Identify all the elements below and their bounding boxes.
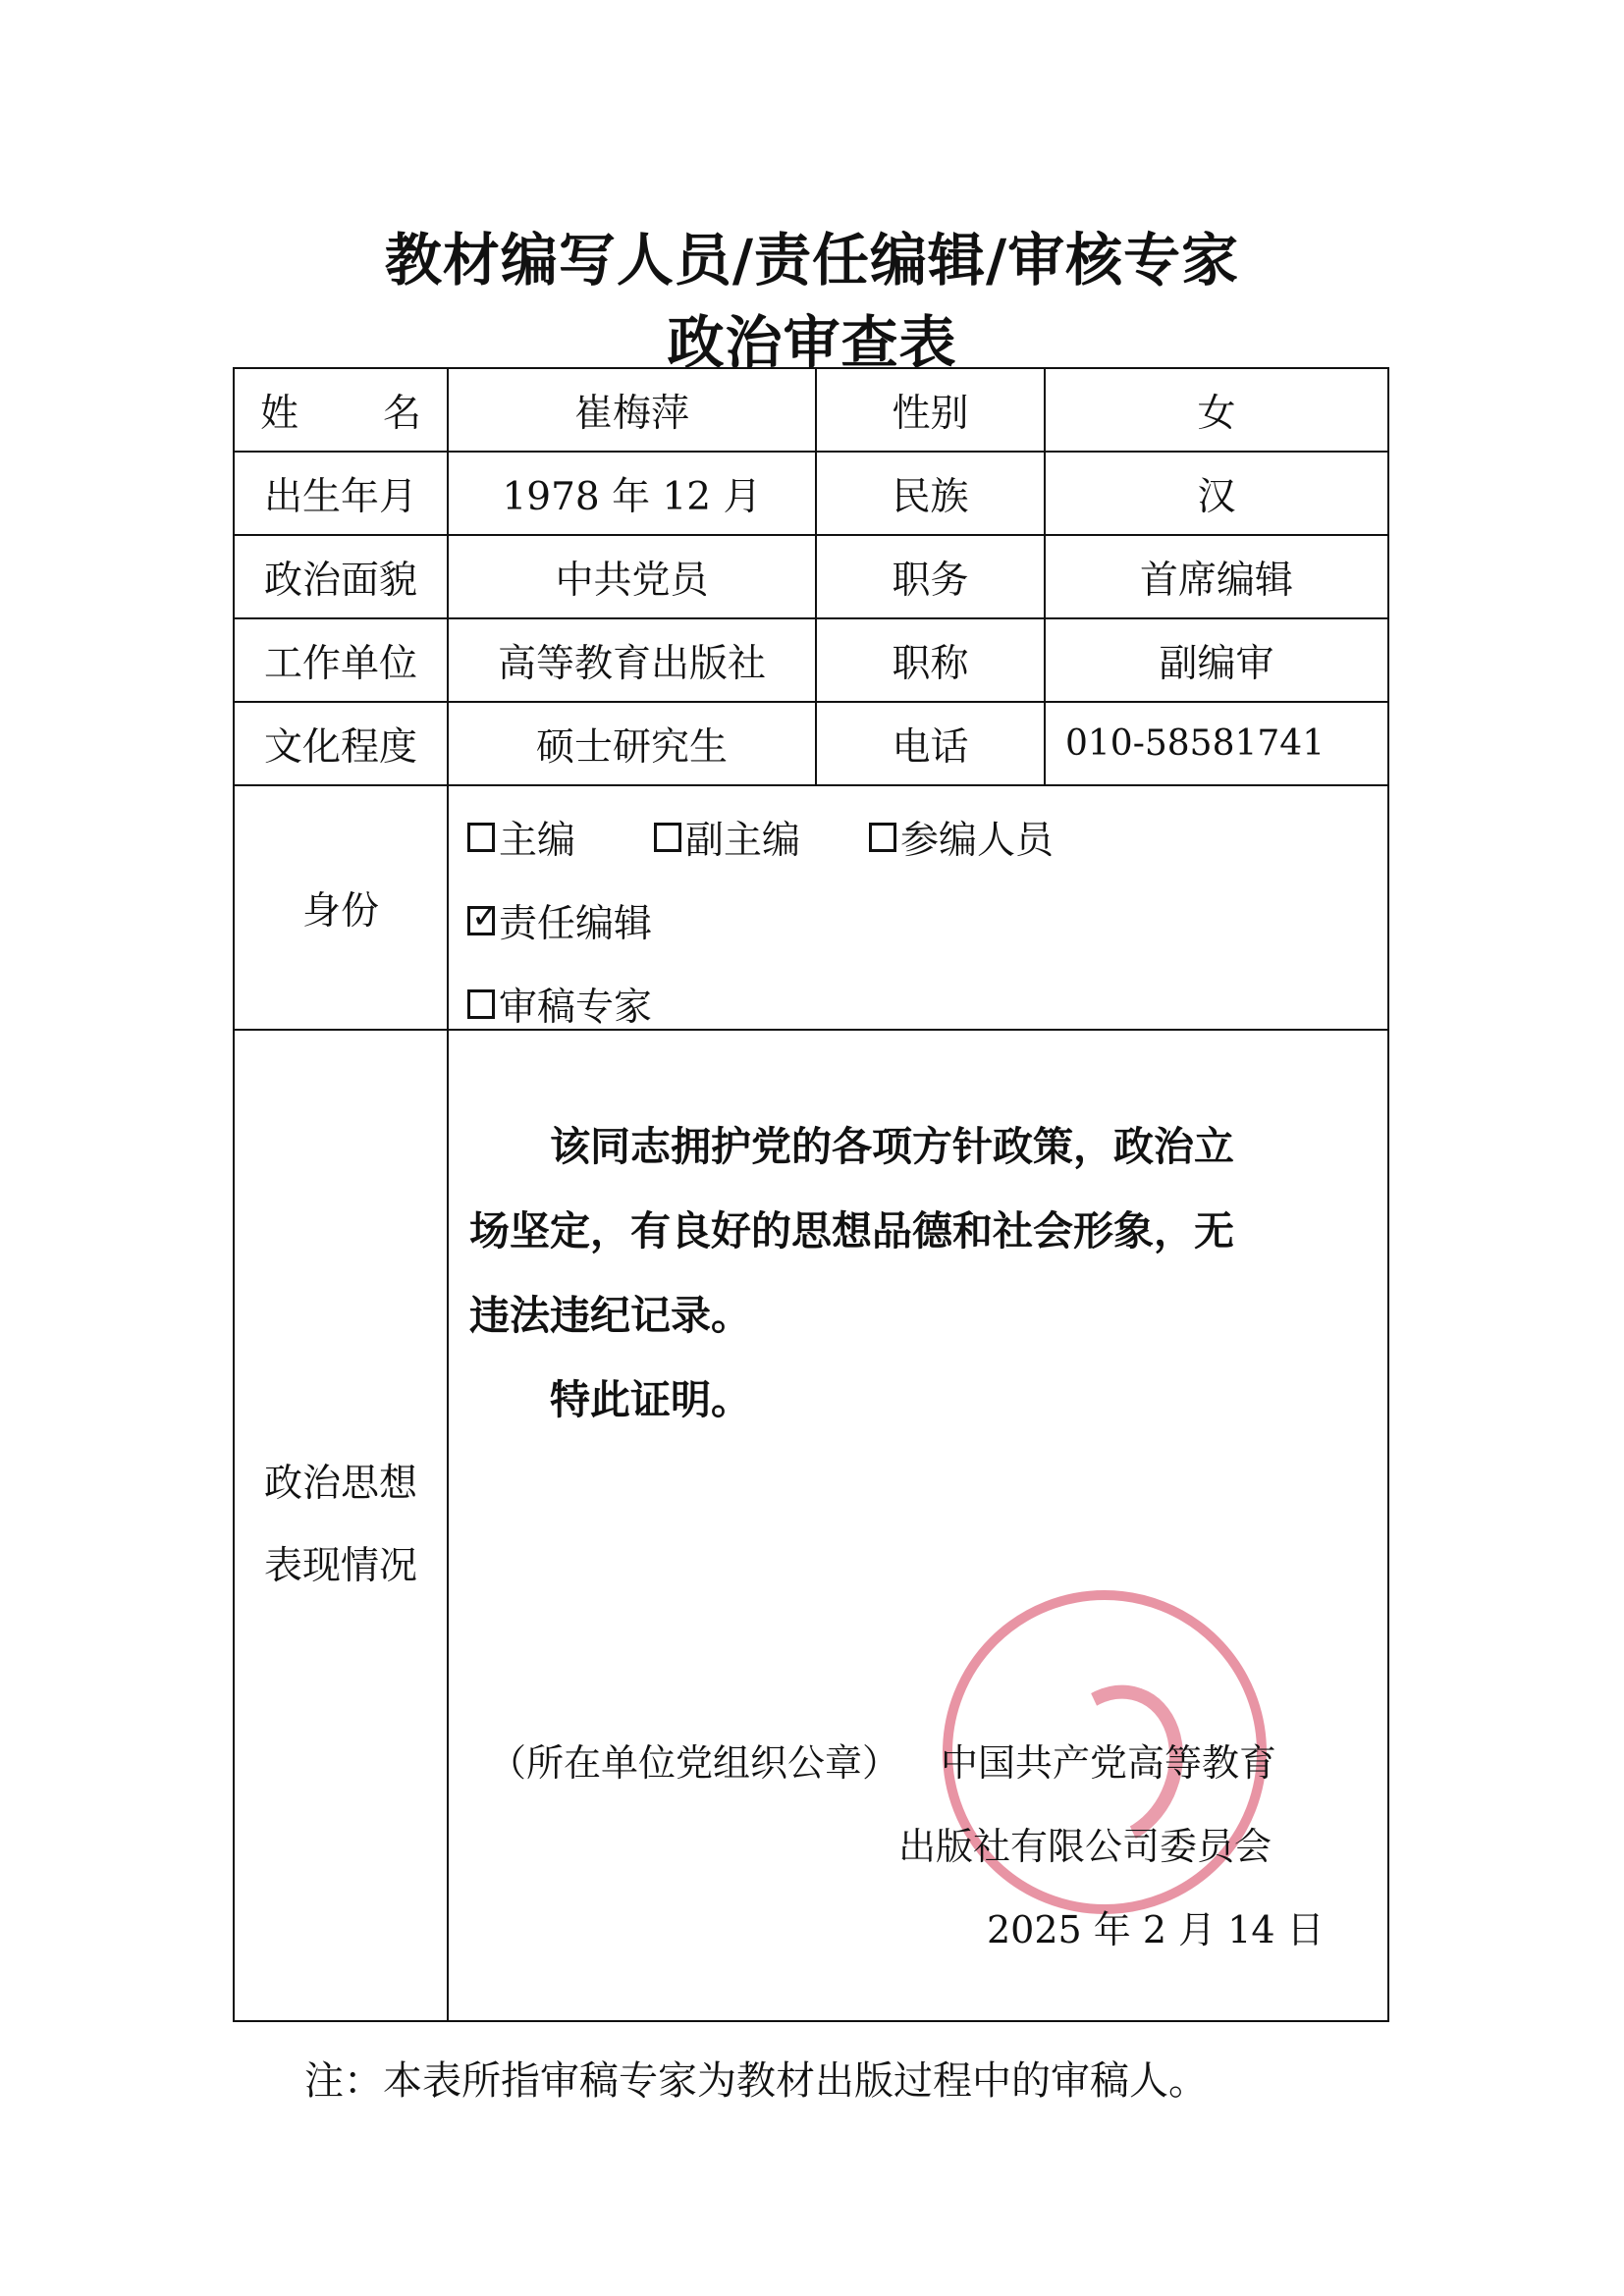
label-political-performance: 政治思想 表现情况 xyxy=(235,1031,447,2020)
option-responsible-editor[interactable]: 责任编辑 xyxy=(467,893,652,948)
certification-text: 特此证明。 xyxy=(469,1358,1314,1442)
assessment-line3: 违法违纪记录。 xyxy=(469,1273,1314,1358)
checkbox-responsible-editor-checked[interactable] xyxy=(467,906,495,935)
identity-options-row2: 责任编辑 xyxy=(467,893,652,948)
seal-caption: （所在单位党组织公章） xyxy=(489,1733,899,1787)
label-political-performance-line1: 政治思想 xyxy=(264,1443,417,1525)
identity-options-row1: 主编 副主编 参编人员 xyxy=(467,810,1054,865)
signature-date: 2025 年 2 月 14 日 xyxy=(987,1899,1325,1953)
label-ethnicity: 民族 xyxy=(817,453,1044,534)
assessment-line1: 该同志拥护党的各项方针政策，政治立 xyxy=(469,1104,1314,1189)
footer-note: 注：本表所指审稿专家为教材出版过程中的审稿人。 xyxy=(304,2050,1208,2106)
checkbox-chief-editor[interactable] xyxy=(467,823,495,852)
label-name-char1: 姓 xyxy=(260,383,298,438)
option-responsible-editor-label: 责任编辑 xyxy=(499,893,652,948)
value-political-status: 中共党员 xyxy=(449,536,815,617)
option-deputy-editor[interactable]: 副主编 xyxy=(654,810,800,865)
label-phone: 电话 xyxy=(817,703,1044,784)
assessment-paragraph: 该同志拥护党的各项方针政策，政治立 场坚定，有良好的思想品德和社会形象，无 违法… xyxy=(469,1104,1314,1442)
label-title: 职称 xyxy=(817,619,1044,701)
org-name-line1: 中国共产党高等教育 xyxy=(941,1733,1276,1787)
value-position: 首席编辑 xyxy=(1046,536,1387,617)
checkbox-deputy-editor[interactable] xyxy=(654,823,681,852)
option-reviewer[interactable]: 审稿专家 xyxy=(467,977,652,1032)
option-deputy-editor-label: 副主编 xyxy=(685,810,800,865)
label-gender: 性别 xyxy=(817,369,1044,451)
document-title-line1: 教材编写人员/责任编辑/审核专家 xyxy=(0,214,1624,296)
value-phone: 010-58581741 xyxy=(1046,703,1387,784)
label-education: 文化程度 xyxy=(235,703,447,784)
option-contributor-label: 参编人员 xyxy=(900,810,1054,865)
option-chief-editor[interactable]: 主编 xyxy=(467,810,575,865)
org-name-line2: 出版社有限公司委员会 xyxy=(898,1816,1272,1870)
option-contributor[interactable]: 参编人员 xyxy=(869,810,1054,865)
label-political-status: 政治面貌 xyxy=(235,536,447,617)
value-gender: 女 xyxy=(1046,369,1387,451)
label-identity: 身份 xyxy=(235,786,447,1029)
value-title: 副编审 xyxy=(1046,619,1387,701)
value-birth: 1978 年 12 月 xyxy=(449,453,815,534)
label-political-performance-line2: 表现情况 xyxy=(264,1525,417,1608)
value-ethnicity: 汉 xyxy=(1046,453,1387,534)
label-position: 职务 xyxy=(817,536,1044,617)
label-birth: 出生年月 xyxy=(235,453,447,534)
value-name: 崔梅萍 xyxy=(449,369,815,451)
identity-options-row3: 审稿专家 xyxy=(467,977,652,1032)
option-reviewer-label: 审稿专家 xyxy=(499,977,652,1032)
checkbox-contributor[interactable] xyxy=(869,823,896,852)
checkbox-reviewer[interactable] xyxy=(467,989,495,1019)
value-employer: 高等教育出版社 xyxy=(449,619,815,701)
option-chief-editor-label: 主编 xyxy=(499,810,575,865)
label-name: 姓 名 xyxy=(235,369,447,451)
assessment-line2: 场坚定，有良好的思想品德和社会形象，无 xyxy=(469,1189,1314,1273)
label-name-char2: 名 xyxy=(383,383,421,438)
label-employer: 工作单位 xyxy=(235,619,447,701)
value-education: 硕士研究生 xyxy=(449,703,815,784)
